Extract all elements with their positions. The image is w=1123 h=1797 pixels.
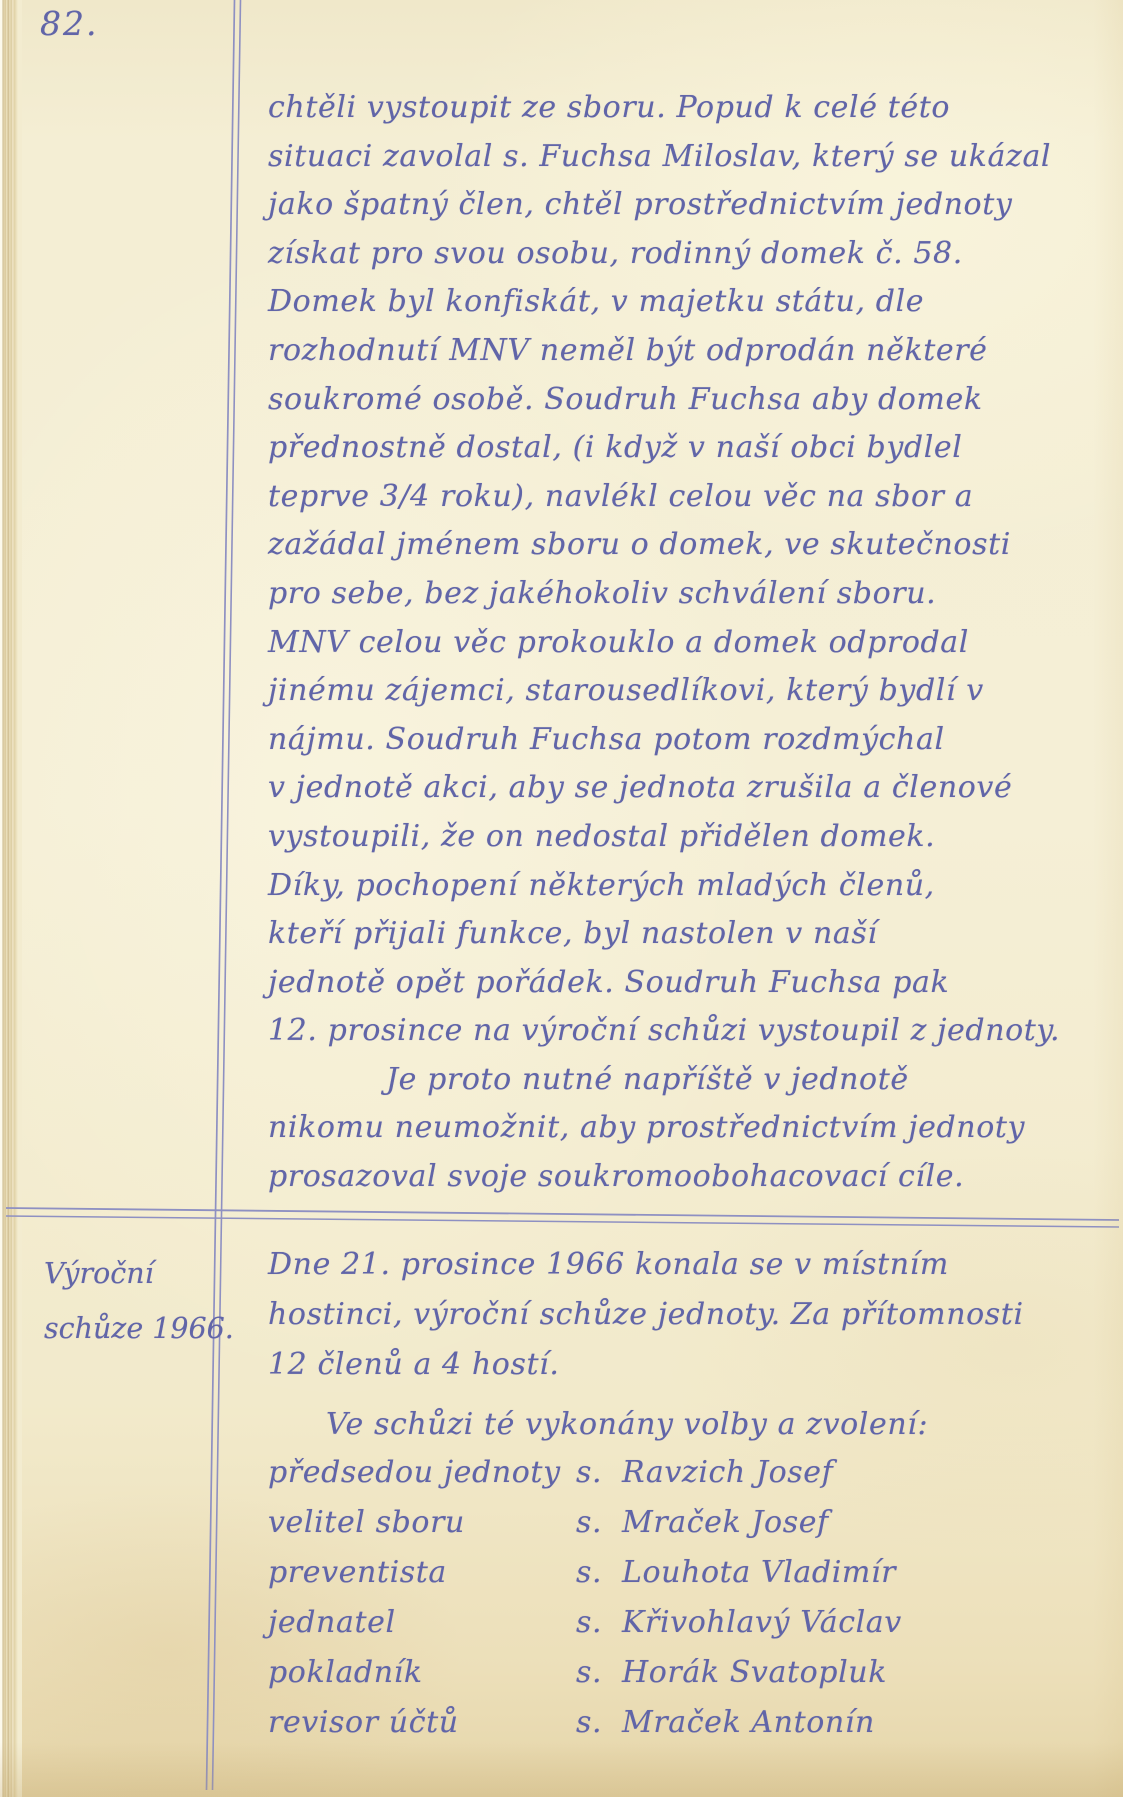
page-number: 82. xyxy=(40,4,98,43)
handwritten-line: 12. prosince na výroční schůzi vystoupil… xyxy=(268,1007,1116,1056)
handwritten-line: pro sebe, bez jakéhokoliv schválení sbor… xyxy=(268,570,1116,619)
handwritten-line: hostinci, výroční schůze jednoty. Za pří… xyxy=(268,1290,1116,1340)
book-page-edge xyxy=(0,0,22,1797)
comrade-abbr: s. xyxy=(576,1498,622,1548)
comrade-abbr: s. xyxy=(576,1448,622,1498)
role-label: jednatel xyxy=(268,1598,576,1648)
handwritten-line: jinému zájemci, starousedlíkovi, který b… xyxy=(268,667,1116,716)
role-label: předsedou jednoty xyxy=(268,1448,576,1498)
elected-officials-list: předsedou jednoty s. Ravzich Josef velit… xyxy=(268,1448,1116,1748)
handwritten-line: jako špatný člen, chtěl prostřednictvím … xyxy=(268,181,1116,230)
handwritten-line: 12 členů a 4 hostí. xyxy=(268,1340,1116,1390)
comrade-abbr: s. xyxy=(576,1598,622,1648)
handwritten-line: teprve 3/4 roku), navlékl celou věc na s… xyxy=(268,473,1116,522)
person-name: Ravzich Josef xyxy=(622,1448,1116,1498)
handwritten-line: nikomu neumožnit, aby prostřednictvím je… xyxy=(268,1104,1116,1153)
handwritten-line: soukromé osobě. Soudruh Fuchsa aby domek xyxy=(268,376,1116,425)
handwritten-line: nájmu. Soudruh Fuchsa potom rozdmýchal xyxy=(268,716,1116,765)
person-name: Mraček Josef xyxy=(622,1498,1116,1548)
handwritten-line: MNV celou věc prokouklo a domek odprodal xyxy=(268,619,1116,668)
comrade-abbr: s. xyxy=(576,1698,622,1748)
chronicle-scanned-page: 82. chtěli vystoupit ze sboru. Popud k c… xyxy=(0,0,1123,1797)
person-name: Mraček Antonín xyxy=(622,1698,1116,1748)
handwritten-line: Ve schůzi té vykonány volby a zvolení: xyxy=(268,1400,1116,1450)
handwritten-line: rozhodnutí MNV neměl být odprodán někter… xyxy=(268,327,1116,376)
list-item: pokladník s. Horák Svatopluk xyxy=(268,1648,1116,1698)
margin-note-line: Výroční xyxy=(44,1246,254,1301)
handwritten-line: získat pro svou osobu, rodinný domek č. … xyxy=(268,230,1116,279)
handwritten-line: Je proto nutné napříště v jednotě xyxy=(268,1056,1116,1105)
body-text-block: chtěli vystoupit ze sboru. Popud k celé … xyxy=(268,84,1116,1202)
margin-note-annual-meeting: Výroční schůze 1966. xyxy=(44,1246,254,1356)
list-item: preventista s. Louhota Vladimír xyxy=(268,1548,1116,1598)
list-item: předsedou jednoty s. Ravzich Josef xyxy=(268,1448,1116,1498)
list-item: revisor účtů s. Mraček Antonín xyxy=(268,1698,1116,1748)
handwritten-line: chtěli vystoupit ze sboru. Popud k celé … xyxy=(268,84,1116,133)
margin-note-line: schůze 1966. xyxy=(44,1301,254,1356)
comrade-abbr: s. xyxy=(576,1648,622,1698)
handwritten-line: Domek byl konfiskát, v majetku státu, dl… xyxy=(268,278,1116,327)
person-name: Křivohlavý Václav xyxy=(622,1598,1116,1648)
person-name: Horák Svatopluk xyxy=(622,1648,1116,1698)
role-label: revisor účtů xyxy=(268,1698,576,1748)
handwritten-line: kteří přijali funkce, byl nastolen v naš… xyxy=(268,910,1116,959)
handwritten-line: zažádal jménem sboru o domek, ve skutečn… xyxy=(268,521,1116,570)
handwritten-line: Díky, pochopení některých mladých členů, xyxy=(268,862,1116,911)
person-name: Louhota Vladimír xyxy=(622,1548,1116,1598)
handwritten-line: situaci zavolal s. Fuchsa Miloslav, kter… xyxy=(268,133,1116,182)
handwritten-line: v jednotě akci, aby se jednota zrušila a… xyxy=(268,764,1116,813)
handwritten-line: Dne 21. prosince 1966 konala se v místní… xyxy=(268,1240,1116,1290)
comrade-abbr: s. xyxy=(576,1548,622,1598)
handwritten-line: vystoupili, že on nedostal přidělen dome… xyxy=(268,813,1116,862)
handwritten-line: jednotě opět pořádek. Soudruh Fuchsa pak xyxy=(268,959,1116,1008)
role-label: velitel sboru xyxy=(268,1498,576,1548)
list-item: jednatel s. Křivohlavý Václav xyxy=(268,1598,1116,1648)
annual-meeting-paragraph: Dne 21. prosince 1966 konala se v místní… xyxy=(268,1240,1116,1450)
list-item: velitel sboru s. Mraček Josef xyxy=(268,1498,1116,1548)
handwritten-line: přednostně dostal, (i když v naší obci b… xyxy=(268,424,1116,473)
role-label: preventista xyxy=(268,1548,576,1598)
handwritten-line: prosazoval svoje soukromoobohacovací cíl… xyxy=(268,1153,1116,1202)
role-label: pokladník xyxy=(268,1648,576,1698)
